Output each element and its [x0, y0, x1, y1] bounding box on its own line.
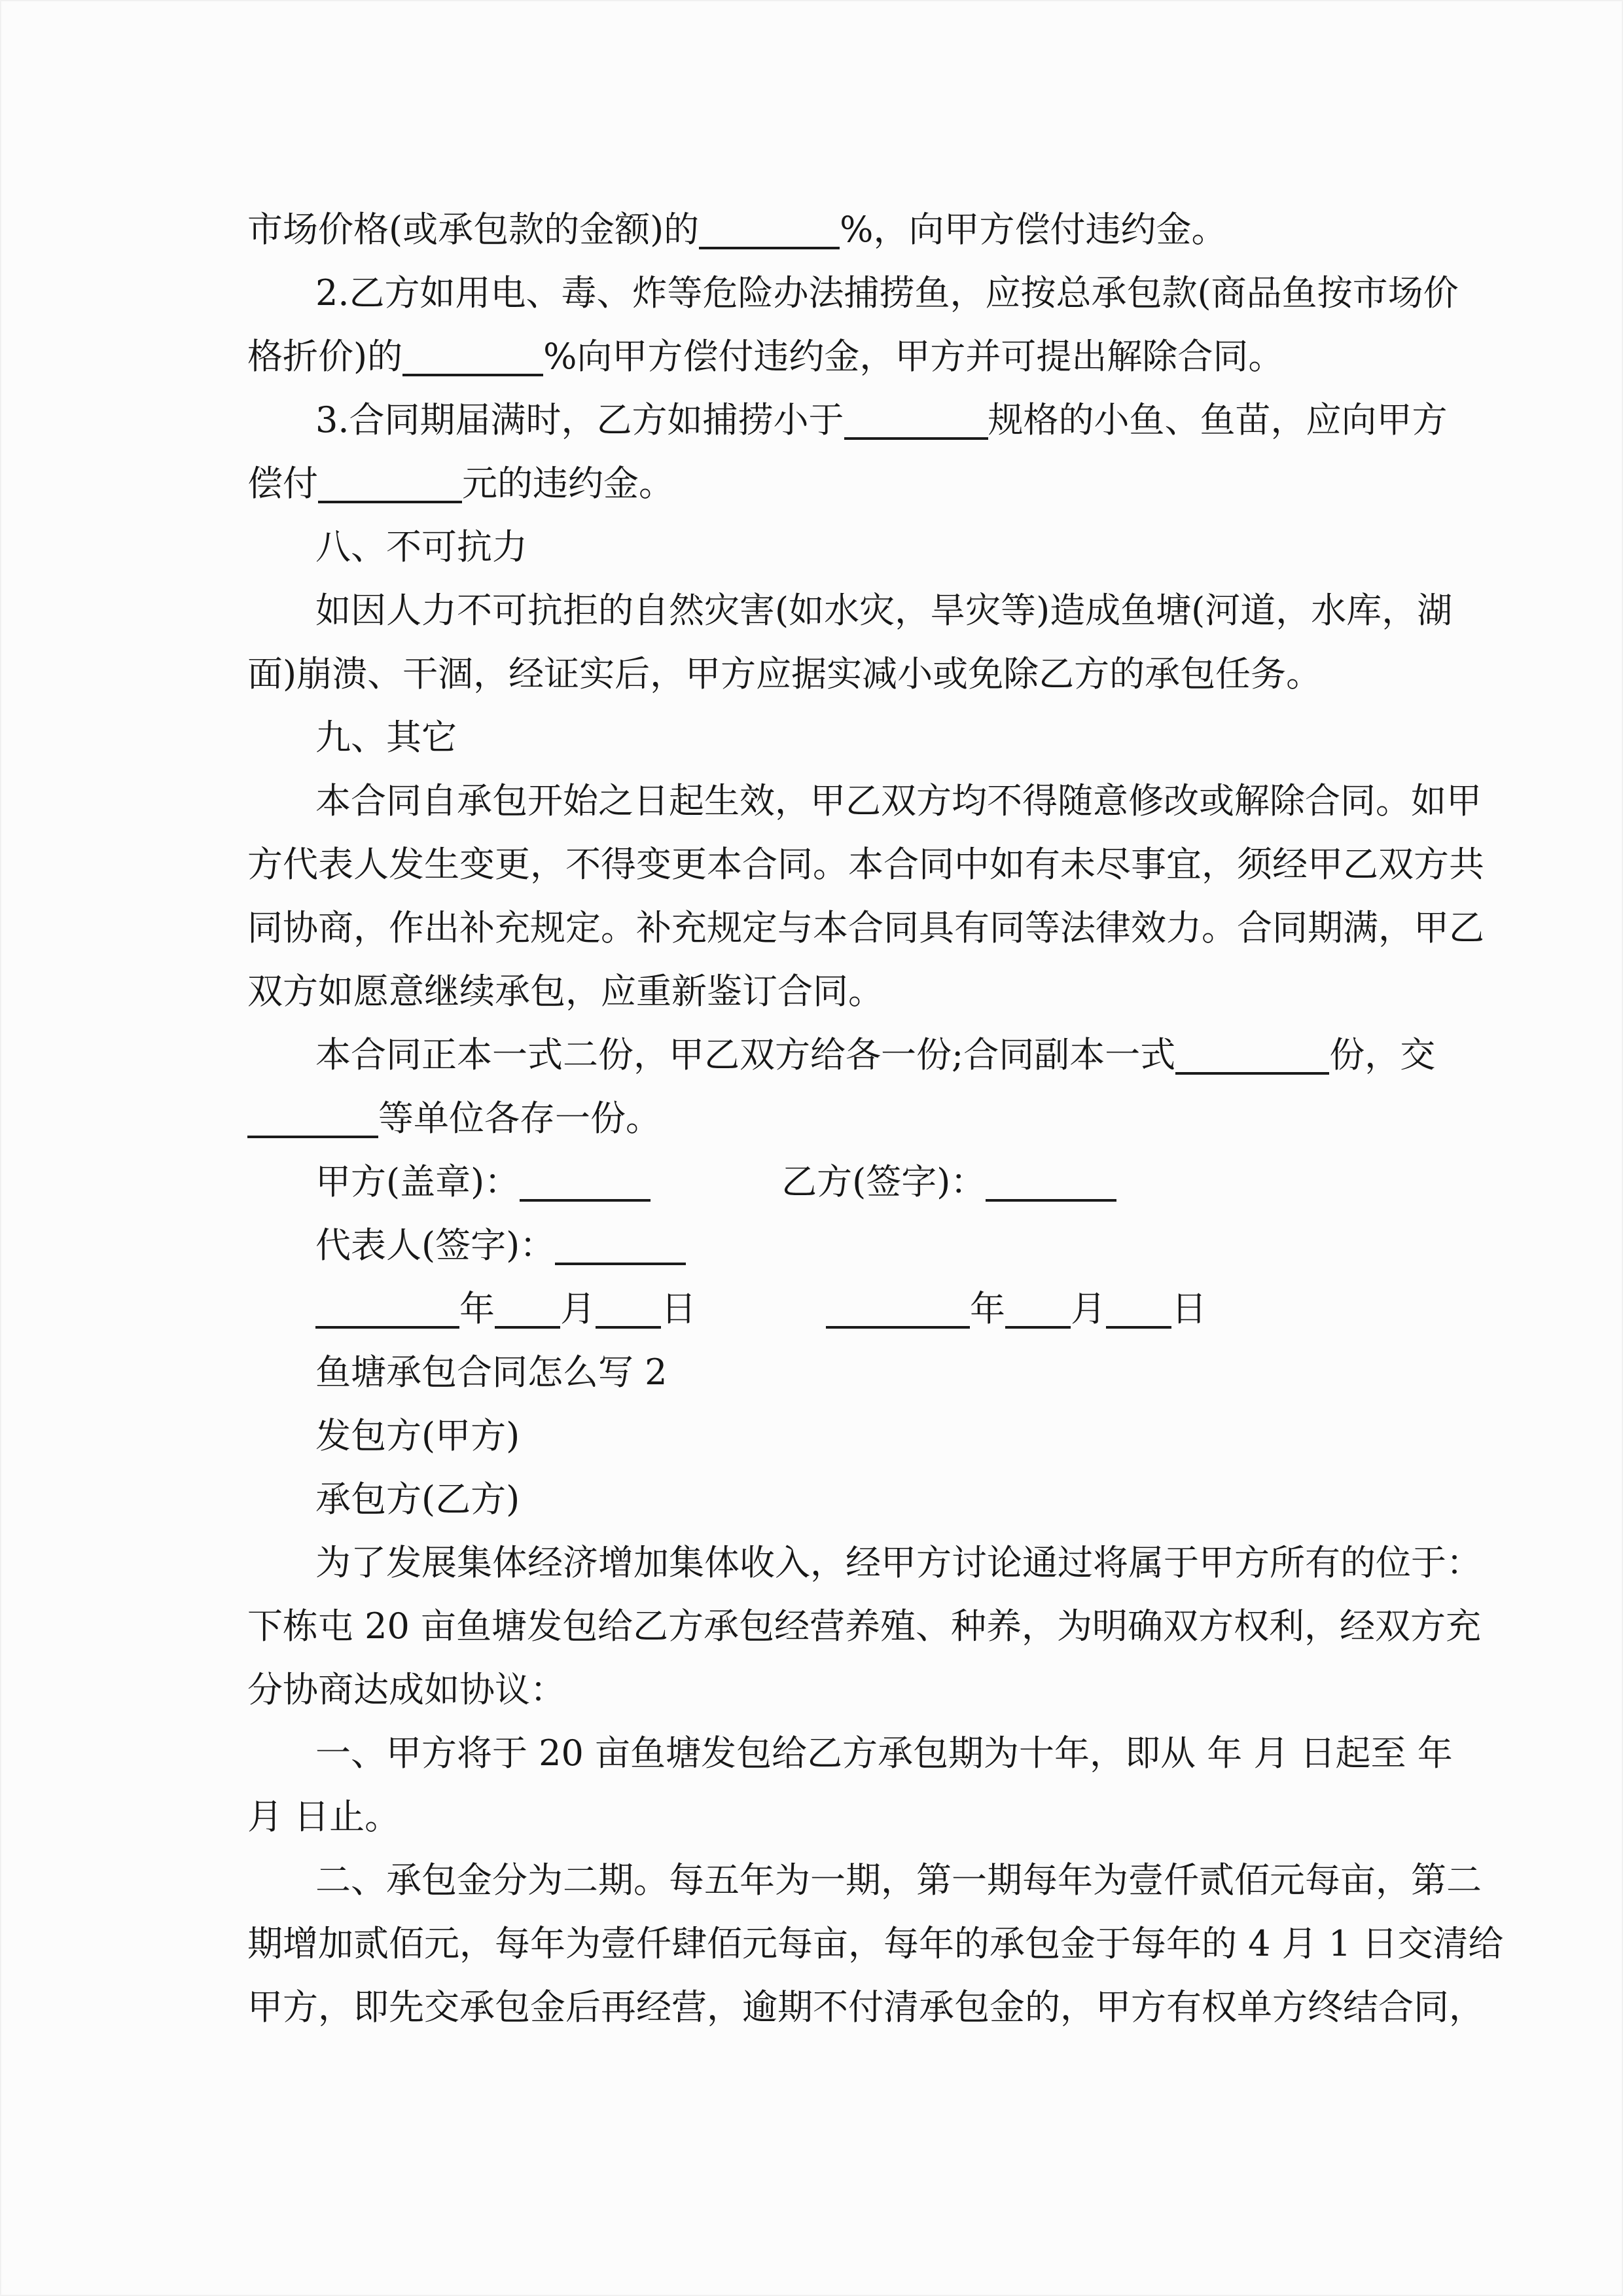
contract-line: 期增加贰佰元，每年为壹仟肆佰元每亩，每年的承包金于每年的 4 月 1 日交清给: [247, 1912, 1389, 1975]
fill-in-blank-underline: [520, 1177, 651, 1202]
fill-in-blank-underline: [986, 1177, 1116, 1202]
contract-text: 市场价格(或承包款的金额)的%，向甲方偿付违约金。2.乙方如用电、毒、炸等危险办…: [247, 198, 1389, 2039]
contract-line: 格折价)的%向甲方偿付违约金，甲方并可提出解除合同。: [247, 325, 1389, 388]
fill-in-blank-underline: [596, 1304, 661, 1329]
text-run: 方代表人发生变更，不得变更本合同。本合同中如有未尽事宜，须经甲乙双方共: [247, 844, 1484, 885]
fill-in-blank-underline: [1005, 1304, 1071, 1329]
text-run: 同协商，作出补充规定。补充规定与本合同具有同等法律效力。合同期满，甲乙: [247, 907, 1484, 948]
text-run: 日: [661, 1288, 696, 1329]
contract-line: 甲方，即先交承包金后再经营，逾期不付清承包金的，甲方有权单方终结合同，: [247, 1975, 1389, 2039]
contract-line: 分协商达成如协议：: [247, 1658, 1389, 1721]
text-run: 份，交: [1329, 1034, 1435, 1075]
column-gap: [696, 1320, 826, 1321]
contract-line: 如因人力不可抗拒的自然灾害(如水灾，旱灾等)造成鱼塘(河道，水库，湖: [247, 579, 1389, 642]
text-run: 2.乙方如用电、毒、炸等危险办法捕捞鱼，应按总承包款(商品鱼按市场价: [315, 272, 1459, 314]
contract-line: 八、不可抗力: [247, 515, 1389, 579]
fill-in-blank-underline: [402, 351, 543, 376]
text-run: 鱼塘承包合同怎么写 2: [315, 1352, 668, 1393]
text-run: 本合同自承包开始之日起生效，甲乙双方均不得随意修改或解除合同。如甲: [315, 780, 1482, 821]
contract-line: 九、其它: [247, 706, 1389, 769]
text-run: 月 日止。: [247, 1796, 400, 1837]
contract-line: 发包方(甲方): [247, 1404, 1389, 1467]
contract-line: 双方如愿意继续承包，应重新鉴订合同。: [247, 960, 1389, 1023]
text-run: 元的违约金。: [462, 463, 674, 504]
fill-in-blank-underline: [699, 224, 840, 249]
contract-document-page: 市场价格(或承包款的金额)的%，向甲方偿付违约金。2.乙方如用电、毒、炸等危险办…: [0, 0, 1623, 2296]
text-run: 代表人(签字)：: [315, 1225, 555, 1266]
text-run: 3.合同期届满时，乙方如捕捞小于: [315, 399, 844, 440]
column-gap: [651, 1193, 781, 1194]
fill-in-blank-underline: [555, 1240, 686, 1265]
text-run: 本合同正本一式二份，甲乙双方给各一份;合同副本一式: [315, 1034, 1175, 1075]
fill-in-blank-underline: [844, 415, 988, 440]
fill-in-blank-underline: [247, 1113, 378, 1138]
text-run: 月: [1071, 1288, 1106, 1329]
contract-line: 等单位各存一份。: [247, 1086, 1389, 1150]
text-run: 月: [560, 1288, 596, 1329]
contract-line: 二、承包金分为二期。每五年为一期，第一期每年为壹仟贰佰元每亩，第二: [247, 1848, 1389, 1912]
contract-line: 下栋屯 20 亩鱼塘发包给乙方承包经营养殖、种养，为明确双方权利，经双方充: [247, 1594, 1389, 1658]
text-run: 偿付: [247, 463, 318, 504]
contract-line: 承包方(乙方): [247, 1467, 1389, 1531]
text-run: 发包方(甲方): [315, 1415, 520, 1456]
contract-line: 鱼塘承包合同怎么写 2: [247, 1340, 1389, 1404]
contract-line: 为了发展集体经济增加集体收入，经甲方讨论通过将属于甲方所有的位于：: [247, 1531, 1389, 1594]
text-run: 年: [459, 1288, 495, 1329]
text-run: 甲方(盖章)：: [315, 1161, 520, 1202]
contract-line: 代表人(签字)：: [247, 1213, 1389, 1277]
fill-in-blank-underline: [1106, 1304, 1171, 1329]
text-run: %，向甲方偿付违约金。: [840, 209, 1226, 250]
text-run: 如因人力不可抗拒的自然灾害(如水灾，旱灾等)造成鱼塘(河道，水库，湖: [315, 590, 1452, 631]
contract-line: 一、甲方将于 20 亩鱼塘发包给乙方承包期为十年，即从 年 月 日起至 年: [247, 1721, 1389, 1785]
text-run: 为了发展集体经济增加集体收入，经甲方讨论通过将属于甲方所有的位于：: [315, 1542, 1482, 1583]
contract-line: 2.乙方如用电、毒、炸等危险办法捕捞鱼，应按总承包款(商品鱼按市场价: [247, 261, 1389, 325]
text-run: 市场价格(或承包款的金额)的: [247, 209, 699, 250]
text-run: 一、甲方将于 20 亩鱼塘发包给乙方承包期为十年，即从 年 月 日起至 年: [315, 1732, 1453, 1774]
text-run: 日: [1171, 1288, 1207, 1329]
fill-in-blank-underline: [826, 1304, 970, 1329]
text-run: 乙方(签字)：: [781, 1161, 986, 1202]
text-run: 双方如愿意继续承包，应重新鉴订合同。: [247, 971, 883, 1012]
text-run: 期增加贰佰元，每年为壹仟肆佰元每亩，每年的承包金于每年的 4 月 1 日交清给: [247, 1923, 1503, 1964]
text-run: 格折价)的: [247, 336, 402, 377]
text-run: 等单位各存一份。: [378, 1098, 661, 1139]
contract-line: 市场价格(或承包款的金额)的%，向甲方偿付违约金。: [247, 198, 1389, 261]
text-run: 甲方，即先交承包金后再经营，逾期不付清承包金的，甲方有权单方终结合同，: [247, 1986, 1484, 2028]
contract-line: 本合同自承包开始之日起生效，甲乙双方均不得随意修改或解除合同。如甲: [247, 769, 1389, 833]
contract-line: 年月日年月日: [247, 1277, 1389, 1340]
contract-line: 同协商，作出补充规定。补充规定与本合同具有同等法律效力。合同期满，甲乙: [247, 896, 1389, 960]
text-run: 承包方(乙方): [315, 1479, 520, 1520]
contract-line: 3.合同期届满时，乙方如捕捞小于规格的小鱼、鱼苗，应向甲方: [247, 388, 1389, 452]
contract-line: 月 日止。: [247, 1785, 1389, 1848]
text-run: %向甲方偿付违约金，甲方并可提出解除合同。: [543, 336, 1283, 377]
text-run: 二、承包金分为二期。每五年为一期，第一期每年为壹仟贰佰元每亩，第二: [315, 1859, 1482, 1901]
fill-in-blank-underline: [495, 1304, 560, 1329]
contract-line: 方代表人发生变更，不得变更本合同。本合同中如有未尽事宜，须经甲乙双方共: [247, 833, 1389, 896]
fill-in-blank-underline: [1175, 1050, 1329, 1075]
text-run: 规格的小鱼、鱼苗，应向甲方: [988, 399, 1448, 440]
contract-line: 甲方(盖章)：乙方(签字)：: [247, 1150, 1389, 1213]
contract-line: 偿付元的违约金。: [247, 452, 1389, 515]
contract-line: 面)崩溃、干涸，经证实后，甲方应据实减小或免除乙方的承包任务。: [247, 642, 1389, 706]
contract-line: 本合同正本一式二份，甲乙双方给各一份;合同副本一式份，交: [247, 1023, 1389, 1086]
text-run: 九、其它: [315, 717, 457, 758]
text-run: 八、不可抗力: [315, 526, 527, 567]
text-run: 分协商达成如协议：: [247, 1669, 565, 1710]
text-run: 面)崩溃、干涸，经证实后，甲方应据实减小或免除乙方的承包任务。: [247, 653, 1321, 694]
text-run: 下栋屯 20 亩鱼塘发包给乙方承包经营养殖、种养，为明确双方权利，经双方充: [247, 1605, 1481, 1647]
fill-in-blank-underline: [318, 478, 462, 503]
fill-in-blank-underline: [315, 1304, 459, 1329]
text-run: 年: [970, 1288, 1005, 1329]
